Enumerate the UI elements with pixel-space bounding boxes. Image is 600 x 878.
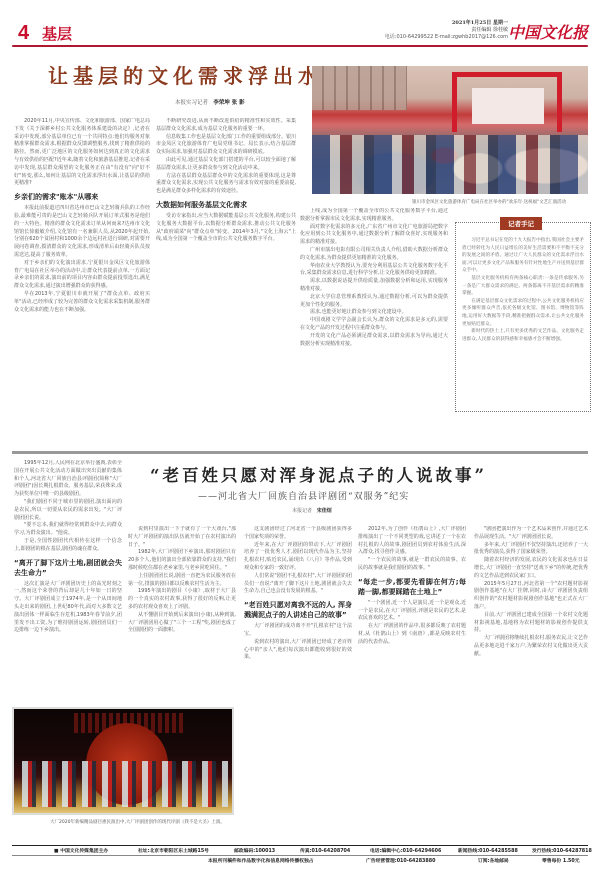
subhead-big-data: 大数据如何服务基层文化需求 xyxy=(156,200,296,210)
bottom-photo-caption: 大厂2020年新编精品剧目惠民演出中,大厂评剧团创作的现代评剧《我不是大圣》上演… xyxy=(50,819,225,825)
paragraph: 信息收集工作也是基层文化部门工作的重要组成部分。银川市金凤区文化旅游体育广电局党… xyxy=(156,134,296,157)
second-article-column-1: 1995年12月,人民网在北京举行盛典,表彰全国在开展公共文化活动方面做出突出贡… xyxy=(14,460,122,704)
paragraph: 基层文化服务机构有两条核心职责:一条是传承服务,另一条是广大群众需求的满足。两条… xyxy=(462,275,584,298)
paragraph: 不断研究改进,从而不断改进供给的精准性和实效性。采集基层群众文化需求,成为基层文… xyxy=(156,118,296,134)
paragraph: 北京大学信息管理系教授认为,通过数据分析,可以为群众提供更加个性化的服务。 xyxy=(300,294,448,310)
photo-banner xyxy=(472,88,544,124)
second-article-subhead: ——河北省大厂回族自治县评剧团“双服务”纪实 xyxy=(198,489,409,502)
byline-prefix: 本报记者 xyxy=(292,508,312,514)
paragraph: "要不忘本,我们就得经常到群众中去,向群众学习,为群众演出。"他说。 xyxy=(14,522,122,538)
paragraph: 对于乡亲们的文化演出需求,宁夏银川金凤区文化旅游体育广电局在社区举办的活动中,让… xyxy=(14,260,150,291)
paragraph: 方法在基层群众基层群众中的文化需求的重要体现,这是尊重群众文化需求,实现公共文化… xyxy=(156,173,296,196)
footer-price: 零售每份 1.50元 xyxy=(542,857,580,864)
paragraph: 习近平总书记在党的十九大报告中指出,我国社会主要矛盾已经转化为人民日益增长的美好… xyxy=(462,237,584,275)
paragraph: 1995年演出的剧目《小康》,取材于大厂县的一个真实的农村故事,获得了很好的反响… xyxy=(128,588,236,611)
byline-prefix: 本报实习记者 xyxy=(175,100,208,106)
paragraph: 上任剧团团长说,剧团一直把为农民服务放在第一位,排演的剧目都以反映农村生活为主。 xyxy=(128,573,236,589)
second-article-headline: “老百姓只愿对浑身泥点子的人说故事” xyxy=(150,462,487,486)
paragraph: 随着农村经济的发展,农民的文化需求也在日益增长,大厂评剧团一直坚持"送戏下乡"的… xyxy=(474,557,588,580)
top-photo-caption: 银川市金凤区文化旅游体育广电局在社区举办的"欢乐年·送祝福"文艺汇演活动 xyxy=(412,199,566,205)
paragraph: 目前,大厂评剧团已建成全国第一个农村文化题材影视基地,基地将为农村题材的影视创作… xyxy=(474,612,588,635)
paragraph: 1995年12月,人民网在北京举行盛典,表彰全国在开展公共文化活动方面做出突出贡… xyxy=(14,460,122,499)
section-name: 基层 xyxy=(42,23,72,44)
paragraph: 在大厂评剧团的作品中,很多都反映了农村题材,从《杜鹃山上》到《南唐》,都是反映农… xyxy=(358,623,466,646)
top-article-column-3: 上线,成为全国第一个覆盖全市的公共文化服务数字平台,通过数据分析掌握市民文化需求… xyxy=(300,208,448,448)
opera-stage-photo xyxy=(12,707,234,815)
paragraph: 新时代的热土上,只有更多优秀的文艺作品、文化服务走进群众,人民群众的获得感和幸福… xyxy=(462,328,584,343)
second-article-column-4: 2012年,为了创作《杜鹃山上》,大厂评剧团排练演出了一个不同类型的戏,它讲述了… xyxy=(358,526,466,844)
paragraph: 大厂评剧团的成功离不开"扎根农村"这个法宝。 xyxy=(244,623,352,639)
footer-news-hotline: 新闻热线:010-64285588 xyxy=(458,847,518,854)
paragraph: 早在2013年,宁夏银川市就开展了"群众点单、政府买单"活动,已经形成了较为完善… xyxy=(14,291,150,314)
top-article-headline: 让基层的文化需求浮出水面 xyxy=(48,60,348,89)
top-article-byline: 本报实习记者 李荣坤 张 影 xyxy=(175,98,245,106)
paragraph: 从不懂剧目开始到后来演出(小康),从种到演,大厂评剧团用心做了"三个一工程"奖,… xyxy=(128,612,236,635)
issue-date: 2021年1月25日 星期一 xyxy=(385,20,508,27)
paragraph: 在满足基层群众文化需求的过程中,公共文化服务机构应更多倾听群众声音,依托各级文化… xyxy=(462,298,584,328)
footer-subscription: 订阅:各地邮局 xyxy=(478,857,509,864)
paragraph: 1982年,大厂评剧团下乡演出,那时剧团只有20多个人,他们的演出全部依靠群众的… xyxy=(128,549,236,572)
reporter-notes-box: 记者手记 习近平总书记在党的十九大报告中指出,我国社会主要矛盾已经转化为人民日益… xyxy=(455,222,591,412)
paragraph: 2015年5月27日,河北省第一个"农村题材影视剧创作基地"在大厂挂牌,同时,由… xyxy=(474,581,588,612)
footer-row-1: ■ 中国文化传媒集团主办 社址:北京市朝阳区东土城路15号 邮政编码:10001… xyxy=(12,847,588,855)
paragraph: 受访专家指出,应当大数据赋能基层公共文化服务,构建公共文化服务大数据平台,以数据… xyxy=(156,213,296,244)
second-article-column-5: "剧团把演出作为一个艺术品来创作,并通过艺术作品展现生活。"大厂评剧团团长说。 … xyxy=(474,526,588,844)
paragraph: 中国戏剧文学学会副会长认为,群众的文化需求是多元的,需要在文化产品的开发过程中注… xyxy=(300,317,448,333)
second-article-byline: 本报记者 宋佳烜 xyxy=(292,507,332,514)
byline-names: 李荣坤 张 影 xyxy=(213,100,244,106)
paragraph: 于是,全国性剧团代代相传在这样一个信念上,即剧团的根在基层,剧团的魂在群众。 xyxy=(14,538,122,554)
footer-ad-management: 广告经营管理:010-64283880 xyxy=(366,857,435,864)
paragraph: 这次汇演是大厂评剧团历史上的高光时刻之一,然而这个荣誉的背后却是几十年如一日的坚… xyxy=(14,581,122,636)
paragraph: 这支剧团经过了河北省一个县级剧团获得多个国家奖项的荣誉。 xyxy=(244,526,352,542)
subhead-needs-ledger: 乡亲们的需求"账本"从哪来 xyxy=(14,192,150,202)
paragraph: 多年来,大厂评剧团不仅坚持演出,还培养了一大批优秀的演员,获得了国家级荣誉。 xyxy=(474,542,588,558)
paragraph: 华南农业大学教授认为,要充分利用基层公共文化服务数字化平台,采集群众需求信息,进… xyxy=(300,263,448,279)
masthead-divider xyxy=(12,45,588,47)
paragraph: 说到农村的演出,大厂评剧团已经成了老百姓心中的"亲人",他们每次演出都能收到很好… xyxy=(244,639,352,662)
subhead-mud: “老百姓只愿对离我不远的人, 浑身溅满泥点子的人讲述自己的故事” xyxy=(244,600,352,620)
footer-publisher: ■ 中国文化传媒集团主办 xyxy=(54,847,108,854)
article-divider xyxy=(12,451,588,454)
photo-building xyxy=(312,66,407,110)
top-article-column-1: 2020年11月,中央宣传部、文化和旅游部、国家广电总局下发《关于深耕乡村公共文… xyxy=(14,118,150,448)
footer-postcode: 邮政编码:100013 xyxy=(234,847,275,854)
paragraph: 由此可见,通过基层文化部门搭建的平台,可以较全面地了解基层群众需求,让更多群众参… xyxy=(156,157,296,173)
paragraph: "我们剧团不同于城市里的剧团,演出面向的是农民,所以一切要从农民的需求出发。"大… xyxy=(14,499,122,522)
paragraph: "一个农民的故事,就是一群农民的故事。农民的故事就是我们剧团的故事。" xyxy=(358,557,466,573)
masthead-info: 2021年1月25日 星期一 责任编辑 徐桂敏 电话:010-64299522 … xyxy=(385,20,508,41)
footer-divider-mid xyxy=(12,855,588,856)
paragraph: 本报此前报道过四川省达州市巴山文艺轻骑兵队的工作经验,最难能可贵的是巴山文艺轻骑… xyxy=(14,205,150,260)
paragraph: "剧团把演出作为一个艺术品来创作,并通过艺术作品展现生活。"大厂评剧团团长说。 xyxy=(474,526,588,542)
paragraph: 需求,也能更好地让群众参与到文化建设中。 xyxy=(300,309,448,317)
paragraph: 2020年11月,中央宣传部、文化和旅游部、国家广电总局下发《关于深耕乡村公共文… xyxy=(14,118,150,188)
paragraph: "一个剧团,近一个人是演员,近一个是观众,近一个是农民,在大厂评剧团,评剧是农民… xyxy=(358,600,466,623)
paragraph: 说到村里演出一下子就有了一个大戏台,"那时大厂评剧团的演出队伍就开始了在农村演出… xyxy=(128,526,236,549)
community-performance-photo xyxy=(312,66,588,194)
subhead-each-step: “每走一步,都要先看脚在何方;每踏一脚,都要踩踏在土地上” xyxy=(358,577,466,597)
footer-distribution-hotline: 发行热线:010-64287818 xyxy=(532,847,592,854)
paragraph: 近年来,在大厂评剧团的带动下,大厂评剧团培养了一批优秀人才,剧团以现代作品为主,… xyxy=(244,542,352,573)
paragraph: 人们常说"剧团不扎根农村",大厂评剧团的团员们一直说:"离开了脚下这片土地,剧团… xyxy=(244,573,352,596)
footer-copyright: 本报所刊稿件和作品数字化和信息网络传播权独占 xyxy=(208,857,314,864)
second-article-column-3: 这支剧团经过了河北省一个县级剧团获得多个国家奖项的荣誉。 近年来,在大厂评剧团的… xyxy=(244,526,352,844)
photo-audience xyxy=(312,135,588,194)
byline-name: 宋佳烜 xyxy=(317,508,332,514)
footer-phone: 电话:编辑中心:010-64294606 xyxy=(370,847,441,854)
paragraph: 2012年,为了创作《杜鹃山上》,大厂评剧团排练演出了一个不同类型的戏,它讲述了… xyxy=(358,526,466,557)
footer-row-2: 本报所刊稿件和作品数字化和信息网络传播权独占 广告经营管理:010-642838… xyxy=(12,857,588,865)
paragraph: 面对数字化需求的多元化,广东省广州市文化广电旅游局把数字化应用到公共文化服务中,… xyxy=(300,224,448,247)
footer-address: 社址:北京市朝阳区东土城路15号 xyxy=(138,847,209,854)
subhead-land: “离开了脚下这片土地,剧团就会失去生命力” xyxy=(14,558,122,578)
paragraph: 上线,成为全国第一个覆盖全市的公共文化服务数字平台,通过数据分析掌握市民文化需求… xyxy=(300,208,448,224)
paragraph: 需求,以数据说话提升供给质量,加强数据分析和运用,实现服务精准对接。 xyxy=(300,278,448,294)
paragraph: 开发的文化产品必须满足群众需求,以群众需求为导向,通过大数据分析实现精准对接。 xyxy=(300,333,448,349)
paragraph: 大厂评剧团将继续扎根农村,服务农民,让文艺作品更多地走进千家万户,为繁荣农村文化… xyxy=(474,635,588,658)
footer-fax: 传真:010-64208704 xyxy=(300,847,350,854)
reporter-notes-body: 习近平总书记在党的十九大报告中指出,我国社会主要矛盾已经转化为人民日益增长的美好… xyxy=(462,237,584,407)
footer-divider-top xyxy=(12,845,588,846)
reporter-notes-tag: 记者手记 xyxy=(500,217,542,230)
paragraph: 广州市演出电影有限公司相关负责人介绍,借助大数据分析群众的文化需求,为群众提供更… xyxy=(300,247,448,263)
contact-info: 电话:010-64299522 E-mail:zgwhb2017@126.com xyxy=(385,34,508,41)
second-article-column-2: 说到村里演出一下子就有了一个大戏台,"那时大厂评剧团的演出队伍就开始了在农村演出… xyxy=(128,526,236,704)
page-number: 4 xyxy=(18,22,29,45)
newspaper-logo: 中国文化报 xyxy=(508,20,588,43)
masthead: 4 基层 2021年1月25日 星期一 责任编辑 徐桂敏 电话:010-6429… xyxy=(12,18,588,48)
photo-dancers xyxy=(22,761,228,807)
editors: 责任编辑 徐桂敏 xyxy=(385,27,508,34)
top-article-column-2: 不断研究改进,从而不断改进供给的精准性和实效性。采集基层群众文化需求,成为基层文… xyxy=(156,118,296,448)
